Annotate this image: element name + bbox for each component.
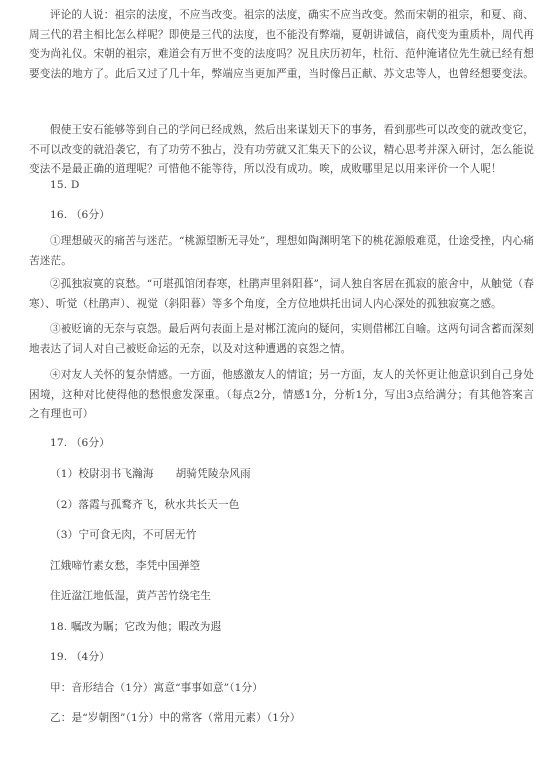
question-16-point-2: ②孤独寂寞的哀愁。“可堪孤馆闭春寒，杜鹃声里斜阳暮”，词人独自客居在孤寂的旅舍中… bbox=[29, 275, 534, 314]
answer-15: 15. D bbox=[50, 178, 79, 192]
translation-paragraph-2: 假使王安石能够等到自己的学问已经成熟，然后出来谋划天下的事务，看到那些可以改变的… bbox=[29, 121, 534, 180]
question-19-item-jia: 甲：音形结合（1分）寓意“事事如意”（1分） bbox=[50, 681, 263, 695]
item-1-first-line: （1）校尉羽书飞瀚海 bbox=[50, 468, 154, 480]
translation-paragraph-1: 评论的人说：祖宗的法度，不应当改变。祖宗的法度，确实不应当改变。然而宋朝的祖宗，… bbox=[29, 6, 534, 84]
question-17-item-4: 江娥啼竹素女愁，李凭中国弹箜 bbox=[50, 559, 200, 573]
question-19-item-yi: 乙：是“岁朝图”（1分）中的常客（常用元素）（1分） bbox=[50, 711, 301, 725]
question-16-heading: 16. （6分） bbox=[50, 208, 110, 222]
question-16-point-4: ④对友人关怀的复杂情感。一方面，他感激友人的情谊；另一方面，友人的关怀更让他意识… bbox=[29, 366, 534, 425]
question-17-item-2: （2）落霞与孤鹜齐飞，秋水共长天一色 bbox=[50, 498, 240, 512]
item-1-second-line: 胡骑凭陵杂风雨 bbox=[176, 468, 251, 480]
question-16-point-1: ①理想破灭的痛苦与迷茫。“桃源望断无寻处”，理想如陶渊明笔下的桃花源般难觅，仕途… bbox=[29, 232, 534, 271]
question-16-point-3: ③被贬谪的无奈与哀怨。最后两句表面上是对郴江流向的疑问，实则借郴江自喻。这两句词… bbox=[29, 320, 534, 359]
question-17-heading: 17. （6分） bbox=[50, 436, 110, 450]
question-17-item-3: （3）宁可食无肉，不可居无竹 bbox=[50, 528, 197, 542]
answer-18: 18. 嘱改为瞩；它改为他；暇改为遐 bbox=[50, 620, 221, 634]
question-19-heading: 19. （4分） bbox=[50, 650, 110, 664]
question-17-item-1: （1）校尉羽书飞瀚海胡骑凭陵杂风雨 bbox=[50, 467, 251, 481]
question-17-item-5: 住近湓江地低湿，黄芦苦竹绕宅生 bbox=[50, 589, 211, 603]
document-page: 评论的人说：祖宗的法度，不应当改变。祖宗的法度，确实不应当改变。然而宋朝的祖宗，… bbox=[0, 0, 559, 782]
